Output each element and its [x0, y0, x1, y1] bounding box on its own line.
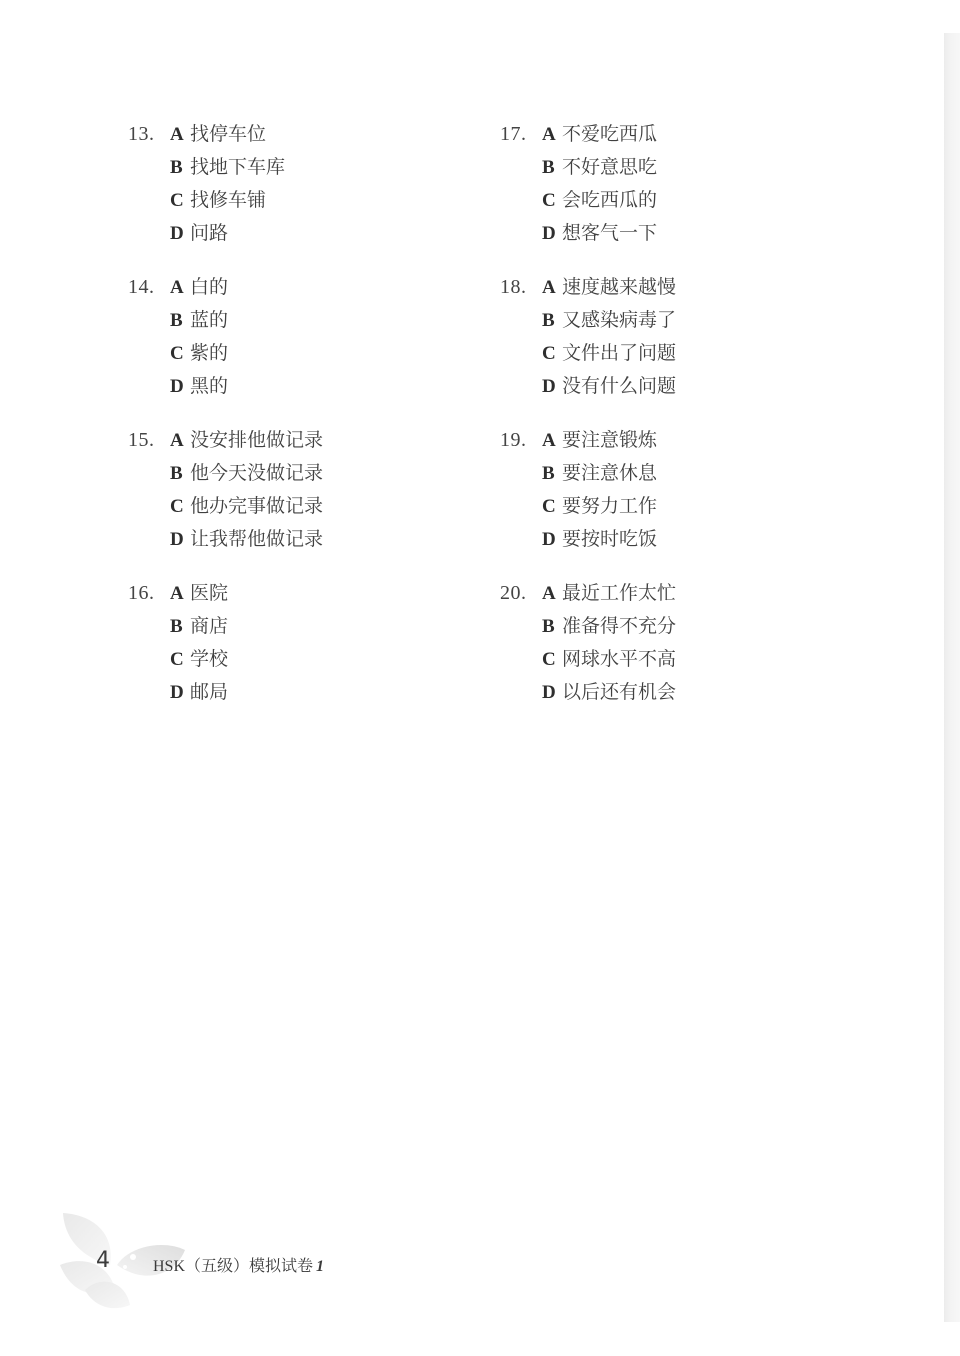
option-letter: B	[170, 457, 190, 490]
option-row-b: B不好意思吃	[500, 151, 840, 184]
option-a[interactable]: A找停车位	[170, 118, 266, 151]
option-text: 没有什么问题	[562, 375, 676, 397]
option-row-c: C要努力工作	[500, 490, 840, 523]
option-a[interactable]: A没安排他做记录	[170, 424, 323, 457]
option-b[interactable]: B不好意思吃	[542, 151, 657, 184]
option-d[interactable]: D问路	[170, 217, 228, 250]
footer-volume: 1	[316, 1258, 324, 1275]
option-row-a: 14. A白的	[128, 271, 468, 304]
option-d[interactable]: D没有什么问题	[542, 370, 676, 403]
option-c[interactable]: C网球水平不高	[542, 643, 676, 676]
option-a[interactable]: A最近工作太忙	[542, 577, 676, 610]
option-letter: A	[542, 271, 562, 304]
option-text: 医院	[190, 582, 228, 604]
option-letter: D	[542, 217, 562, 250]
option-text: 要注意锻炼	[562, 429, 657, 451]
option-letter: B	[542, 457, 562, 490]
option-d[interactable]: D以后还有机会	[542, 676, 676, 709]
option-a[interactable]: A不爱吃西瓜	[542, 118, 657, 151]
option-letter: A	[542, 577, 562, 610]
option-letter: A	[542, 118, 562, 151]
option-text: 要努力工作	[562, 495, 657, 517]
option-row-c: C紫的	[128, 337, 468, 370]
option-text: 不爱吃西瓜	[562, 123, 657, 145]
option-text: 他办完事做记录	[190, 495, 323, 517]
question-number: 13.	[128, 118, 155, 151]
option-text: 紫的	[190, 342, 228, 364]
option-letter: C	[542, 490, 562, 523]
option-text: 学校	[190, 648, 228, 670]
option-text: 会吃西瓜的	[562, 189, 657, 211]
option-letter: B	[170, 304, 190, 337]
option-a[interactable]: A要注意锻炼	[542, 424, 657, 457]
option-b[interactable]: B找地下车库	[170, 151, 285, 184]
option-row-c: C文件出了问题	[500, 337, 840, 370]
option-text: 最近工作太忙	[562, 582, 676, 604]
option-letter: C	[542, 643, 562, 676]
option-c[interactable]: C要努力工作	[542, 490, 657, 523]
option-row-b: B找地下车库	[128, 151, 468, 184]
option-letter: A	[170, 424, 190, 457]
option-letter: B	[542, 610, 562, 643]
question-13: 13. A找停车位 B找地下车库 C找修车铺 D问路	[128, 118, 468, 250]
option-b[interactable]: B商店	[170, 610, 228, 643]
question-number: 15.	[128, 424, 155, 457]
option-row-b: B他今天没做记录	[128, 457, 468, 490]
footer-title-text: HSK（五级）模拟试卷	[153, 1258, 313, 1275]
option-row-a: 18. A速度越来越慢	[500, 271, 840, 304]
option-c[interactable]: C学校	[170, 643, 228, 676]
question-number: 19.	[500, 424, 527, 457]
option-row-b: B要注意休息	[500, 457, 840, 490]
option-row-a: 17. A不爱吃西瓜	[500, 118, 840, 151]
option-row-c: C会吃西瓜的	[500, 184, 840, 217]
option-text: 以后还有机会	[562, 681, 676, 703]
option-text: 邮局	[190, 681, 228, 703]
page-number: 4	[96, 1248, 110, 1273]
option-text: 找停车位	[190, 123, 266, 145]
option-d[interactable]: D黑的	[170, 370, 228, 403]
page-edge-shadow	[944, 33, 960, 1322]
question-16: 16. A医院 B商店 C学校 D邮局	[128, 577, 468, 709]
option-text: 让我帮他做记录	[190, 528, 323, 550]
option-letter: A	[170, 271, 190, 304]
option-row-b: B蓝的	[128, 304, 468, 337]
question-number: 16.	[128, 577, 155, 610]
option-letter: B	[170, 610, 190, 643]
option-b[interactable]: B又感染病毒了	[542, 304, 676, 337]
option-row-d: D让我帮他做记录	[128, 523, 468, 556]
option-text: 网球水平不高	[562, 648, 676, 670]
option-d[interactable]: D邮局	[170, 676, 228, 709]
option-letter: D	[542, 523, 562, 556]
option-letter: A	[170, 577, 190, 610]
option-letter: B	[542, 151, 562, 184]
option-text: 不好意思吃	[562, 156, 657, 178]
option-d[interactable]: D让我帮他做记录	[170, 523, 323, 556]
option-row-d: D要按时吃饭	[500, 523, 840, 556]
option-row-c: C网球水平不高	[500, 643, 840, 676]
option-letter: C	[542, 337, 562, 370]
option-text: 找修车铺	[190, 189, 266, 211]
question-number: 18.	[500, 271, 527, 304]
option-text: 白的	[190, 276, 228, 298]
option-b[interactable]: B要注意休息	[542, 457, 657, 490]
option-row-d: D想客气一下	[500, 217, 840, 250]
question-19: 19. A要注意锻炼 B要注意休息 C要努力工作 D要按时吃饭	[500, 424, 840, 556]
option-c[interactable]: C他办完事做记录	[170, 490, 323, 523]
option-d[interactable]: D想客气一下	[542, 217, 657, 250]
option-letter: D	[170, 217, 190, 250]
option-text: 要按时吃饭	[562, 528, 657, 550]
option-row-b: B准备得不充分	[500, 610, 840, 643]
question-15: 15. A没安排他做记录 B他今天没做记录 C他办完事做记录 D让我帮他做记录	[128, 424, 468, 556]
option-b[interactable]: B蓝的	[170, 304, 228, 337]
option-row-b: B又感染病毒了	[500, 304, 840, 337]
option-row-d: D没有什么问题	[500, 370, 840, 403]
option-text: 又感染病毒了	[562, 309, 676, 331]
option-row-d: D邮局	[128, 676, 468, 709]
question-18: 18. A速度越来越慢 B又感染病毒了 C文件出了问题 D没有什么问题	[500, 271, 840, 403]
option-row-d: D以后还有机会	[500, 676, 840, 709]
option-text: 蓝的	[190, 309, 228, 331]
question-number: 14.	[128, 271, 155, 304]
option-row-d: D黑的	[128, 370, 468, 403]
question-number: 20.	[500, 577, 527, 610]
option-letter: B	[542, 304, 562, 337]
option-text: 黑的	[190, 375, 228, 397]
option-text: 想客气一下	[562, 222, 657, 244]
option-a[interactable]: A医院	[170, 577, 228, 610]
option-d[interactable]: D要按时吃饭	[542, 523, 657, 556]
option-text: 商店	[190, 615, 228, 637]
question-number: 17.	[500, 118, 527, 151]
option-letter: C	[170, 337, 190, 370]
option-row-a: 19. A要注意锻炼	[500, 424, 840, 457]
option-c[interactable]: C找修车铺	[170, 184, 266, 217]
option-row-c: C找修车铺	[128, 184, 468, 217]
option-letter: D	[170, 676, 190, 709]
option-row-a: 13. A找停车位	[128, 118, 468, 151]
option-a[interactable]: A速度越来越慢	[542, 271, 676, 304]
option-row-d: D问路	[128, 217, 468, 250]
option-b[interactable]: B他今天没做记录	[170, 457, 323, 490]
option-text: 要注意休息	[562, 462, 657, 484]
option-letter: C	[170, 184, 190, 217]
option-text: 问路	[190, 222, 228, 244]
option-letter: D	[542, 676, 562, 709]
option-text: 他今天没做记录	[190, 462, 323, 484]
option-letter: D	[170, 370, 190, 403]
option-text: 找地下车库	[190, 156, 285, 178]
option-letter: A	[170, 118, 190, 151]
option-b[interactable]: B准备得不充分	[542, 610, 676, 643]
option-letter: C	[170, 643, 190, 676]
option-row-a: 16. A医院	[128, 577, 468, 610]
question-14: 14. A白的 B蓝的 C紫的 D黑的	[128, 271, 468, 403]
option-row-c: C他办完事做记录	[128, 490, 468, 523]
option-text: 准备得不充分	[562, 615, 676, 637]
option-letter: A	[542, 424, 562, 457]
option-text: 速度越来越慢	[562, 276, 676, 298]
option-row-c: C学校	[128, 643, 468, 676]
option-letter: C	[170, 490, 190, 523]
option-row-b: B商店	[128, 610, 468, 643]
option-a[interactable]: A白的	[170, 271, 228, 304]
question-20: 20. A最近工作太忙 B准备得不充分 C网球水平不高 D以后还有机会	[500, 577, 840, 709]
option-text: 没安排他做记录	[190, 429, 323, 451]
option-row-a: 20. A最近工作太忙	[500, 577, 840, 610]
question-17: 17. A不爱吃西瓜 B不好意思吃 C会吃西瓜的 D想客气一下	[500, 118, 840, 250]
option-c[interactable]: C会吃西瓜的	[542, 184, 657, 217]
option-c[interactable]: C紫的	[170, 337, 228, 370]
option-letter: B	[170, 151, 190, 184]
option-c[interactable]: C文件出了问题	[542, 337, 676, 370]
option-row-a: 15. A没安排他做记录	[128, 424, 468, 457]
option-letter: D	[170, 523, 190, 556]
option-text: 文件出了问题	[562, 342, 676, 364]
page-footer: 4 HSK（五级）模拟试卷1	[55, 1205, 375, 1315]
option-letter: C	[542, 184, 562, 217]
footer-title: HSK（五级）模拟试卷1	[153, 1253, 324, 1276]
option-letter: D	[542, 370, 562, 403]
